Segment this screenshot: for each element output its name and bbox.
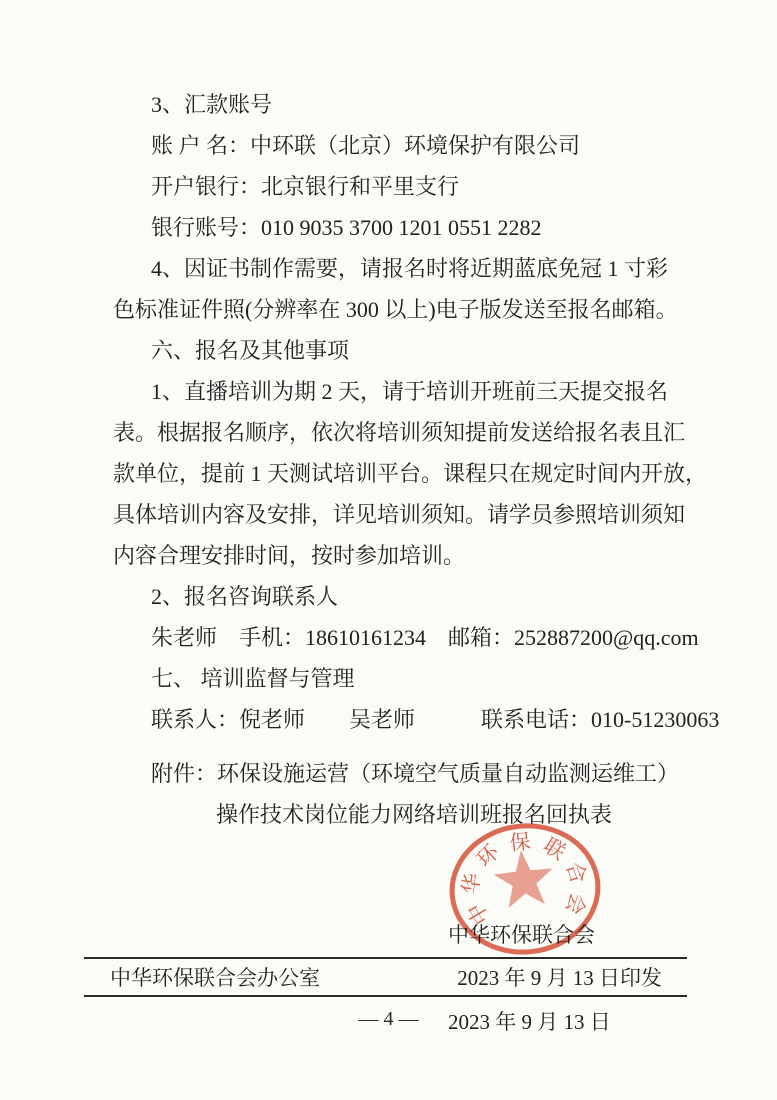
contact-line: 联系人：倪老师 吴老师 联系电话：010-51230063 [113,699,673,740]
body-line: 色标准证件照(分辨率在 300 以上)电子版发送至报名邮箱。 [113,289,673,330]
attachment-line: 附件：环保设施运营（环境空气质量自动监测运维工） [113,753,673,794]
signature-org: 中华环保联合会 [448,921,611,950]
body-line: 账 户 名：中环联（北京）环境保护有限公司 [113,125,673,166]
body-line: 表。根据报名顺序，依次将培训须知提前发送给报名表且汇 [113,412,673,453]
body-line: 六、报名及其他事项 [113,330,673,371]
body-line: 款单位，提前 1 天测试培训平台。课程只在规定时间内开放， [113,453,673,494]
document-body: 3、汇款账号 账 户 名：中环联（北京）环境保护有限公司 开户银行：北京银行和平… [113,84,673,835]
body-line: 银行账号：010 9035 3700 1201 0551 2282 [113,207,673,248]
seal-character: 联 [539,833,570,865]
body-line: 开户银行：北京银行和平里支行 [113,166,673,207]
footer-row: 中华环保联合会办公室 2023 年 9 月 13 日印发 [84,959,687,995]
body-line: 3、汇款账号 [113,84,673,125]
footer-issue-date: 2023 年 9 月 13 日印发 [457,962,687,992]
body-line: 七、 培训监督与管理 [113,658,673,699]
footer-rule-bottom [84,995,687,997]
body-line: 2、报名咨询联系人 [113,576,673,617]
attachment-line: 操作技术岗位能力网络培训班报名回执表 [113,794,673,835]
body-line: 具体培训内容及安排，详见培训须知。请学员参照培训须知 [113,494,673,535]
body-line: 内容合理安排时间，按时参加培训。 [113,535,673,576]
body-line: 4、因证书制作需要，请报名时将近期蓝底免冠 1 寸彩 [113,248,673,289]
scanned-document-page: 3、汇款账号 账 户 名：中环联（北京）环境保护有限公司 开户银行：北京银行和平… [0,0,777,1100]
contact-line: 朱老师 手机：18610161234 邮箱：252887200@qq.com [113,617,673,658]
footer-office: 中华环保联合会办公室 [84,962,320,992]
body-line: 1、直播培训为期 2 天，请于培训开班前三天提交报名 [113,371,673,412]
page-number: — 4 — [0,1008,777,1031]
